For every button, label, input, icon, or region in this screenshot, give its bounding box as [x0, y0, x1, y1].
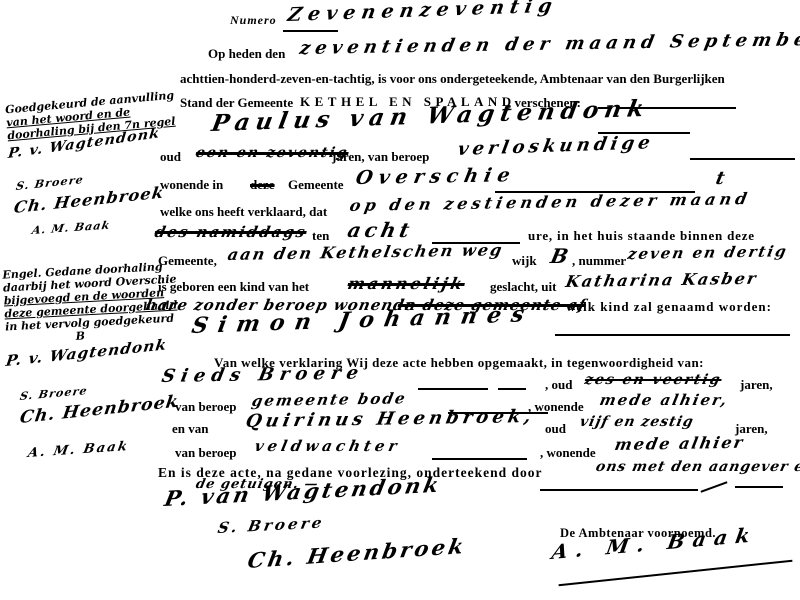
filler-line [432, 458, 527, 460]
namiddags-handwritten: des namiddags [153, 223, 308, 241]
margin2-signature-witness1: S. Broere [19, 384, 89, 403]
woonplaats-handwritten: Overschie [354, 164, 518, 189]
gemeente-label: Gemeente [288, 177, 344, 193]
pen-flourish [701, 481, 728, 492]
verklaard-label: welke ons heeft verklaard, dat [160, 204, 327, 220]
year-line: achttien-honderd-zeven-en-tachtig, is vo… [180, 71, 725, 87]
margin-signature-witness1: S. Broere [15, 173, 85, 193]
uur-handwritten: acht [345, 218, 415, 242]
oud2-label: , oud [545, 377, 572, 393]
ten-label: ten [312, 228, 329, 244]
geslacht-struck-handwritten: mannelijk [346, 274, 467, 293]
beroep-label: van beroep [175, 399, 237, 415]
geboren-label: is geboren een kind van het [158, 279, 309, 295]
getuige2-leeftijd-handwritten: vijf en zestig [578, 414, 695, 430]
margin-note-b: Engel. Gedane doorhaling daarbij het woo… [2, 260, 179, 347]
oud-label: oud [160, 149, 181, 165]
birth-certificate-document: Numero Zevenenzeventig Op heden den zeve… [0, 0, 800, 600]
margin-signature-ambtenaar: A. M. Baak [31, 219, 112, 237]
deze-struck-label: deze [250, 177, 275, 193]
getuige1-beroep-handwritten: gemeente bode [250, 389, 408, 410]
filler-line [498, 388, 526, 390]
jaren-beroep-label: jaren, van beroep [332, 149, 429, 165]
nummer-label: , nummer [572, 253, 626, 269]
getuige1-naam-handwritten: Sieds Broere [160, 362, 366, 387]
getuige2-woonplaats-handwritten: mede alhier [613, 433, 746, 454]
signature-underline [559, 560, 793, 587]
wijk-label: wijk [512, 253, 537, 269]
stray-pen-mark: t [714, 168, 727, 189]
oud3-label: oud [545, 421, 566, 437]
filler-line [540, 489, 698, 491]
ure-label: ure, in het huis staande binnen deze [528, 228, 755, 244]
getuige1-leeftijd-handwritten: zes en veertig [583, 372, 723, 388]
verklaard-handwritten: op den zestienden dezer maand [348, 189, 752, 215]
beroep2-label: van beroep [175, 445, 237, 461]
envan-label: en van [172, 421, 208, 437]
numero-label: Numero [230, 13, 277, 28]
margin2-signature-ambtenaar: A. M. Baak [27, 439, 131, 461]
wonende3-label: , wonende [540, 445, 596, 461]
jaren-label: jaren, [740, 377, 773, 393]
filler-line [283, 30, 338, 32]
numero-value-handwritten: Zevenenzeventig [286, 0, 560, 26]
getuige1-woonplaats-handwritten: mede alhier, [598, 391, 730, 409]
geslacht-label: geslacht, uit [490, 279, 556, 295]
filler-line [418, 388, 488, 390]
slot-handwritten: ons met den aangever en [594, 459, 800, 475]
genaamd-label: welk kind zal genaamd worden: [566, 299, 772, 315]
signature-witness1: S. Broere [216, 513, 326, 536]
getuige2-beroep-handwritten: veldwachter [253, 437, 402, 455]
filler-line [555, 334, 790, 336]
signature-witness2: Ch. Heenbroek [246, 533, 469, 573]
date-handwritten: zeventienden der maand September [298, 29, 800, 59]
nummer-handwritten: zeven en dertig [626, 242, 789, 263]
wonende-label: wonende in [160, 177, 223, 193]
getuige2-naam-handwritten: Quirinus Heenbroek, [244, 406, 537, 432]
adres-handwritten: aan den Kethelschen weg [226, 240, 505, 264]
opheden-label: Op heden den [208, 46, 285, 62]
declarant-age-struck-handwritten: een en zeventig [194, 145, 350, 161]
declarant-beroep-handwritten: verloskundige [456, 132, 656, 160]
moeder-naam-handwritten: Katharina Kasber [564, 269, 759, 291]
wijk-letter-handwritten: B [548, 244, 570, 268]
filler-line [735, 486, 783, 488]
filler-line [690, 158, 795, 160]
